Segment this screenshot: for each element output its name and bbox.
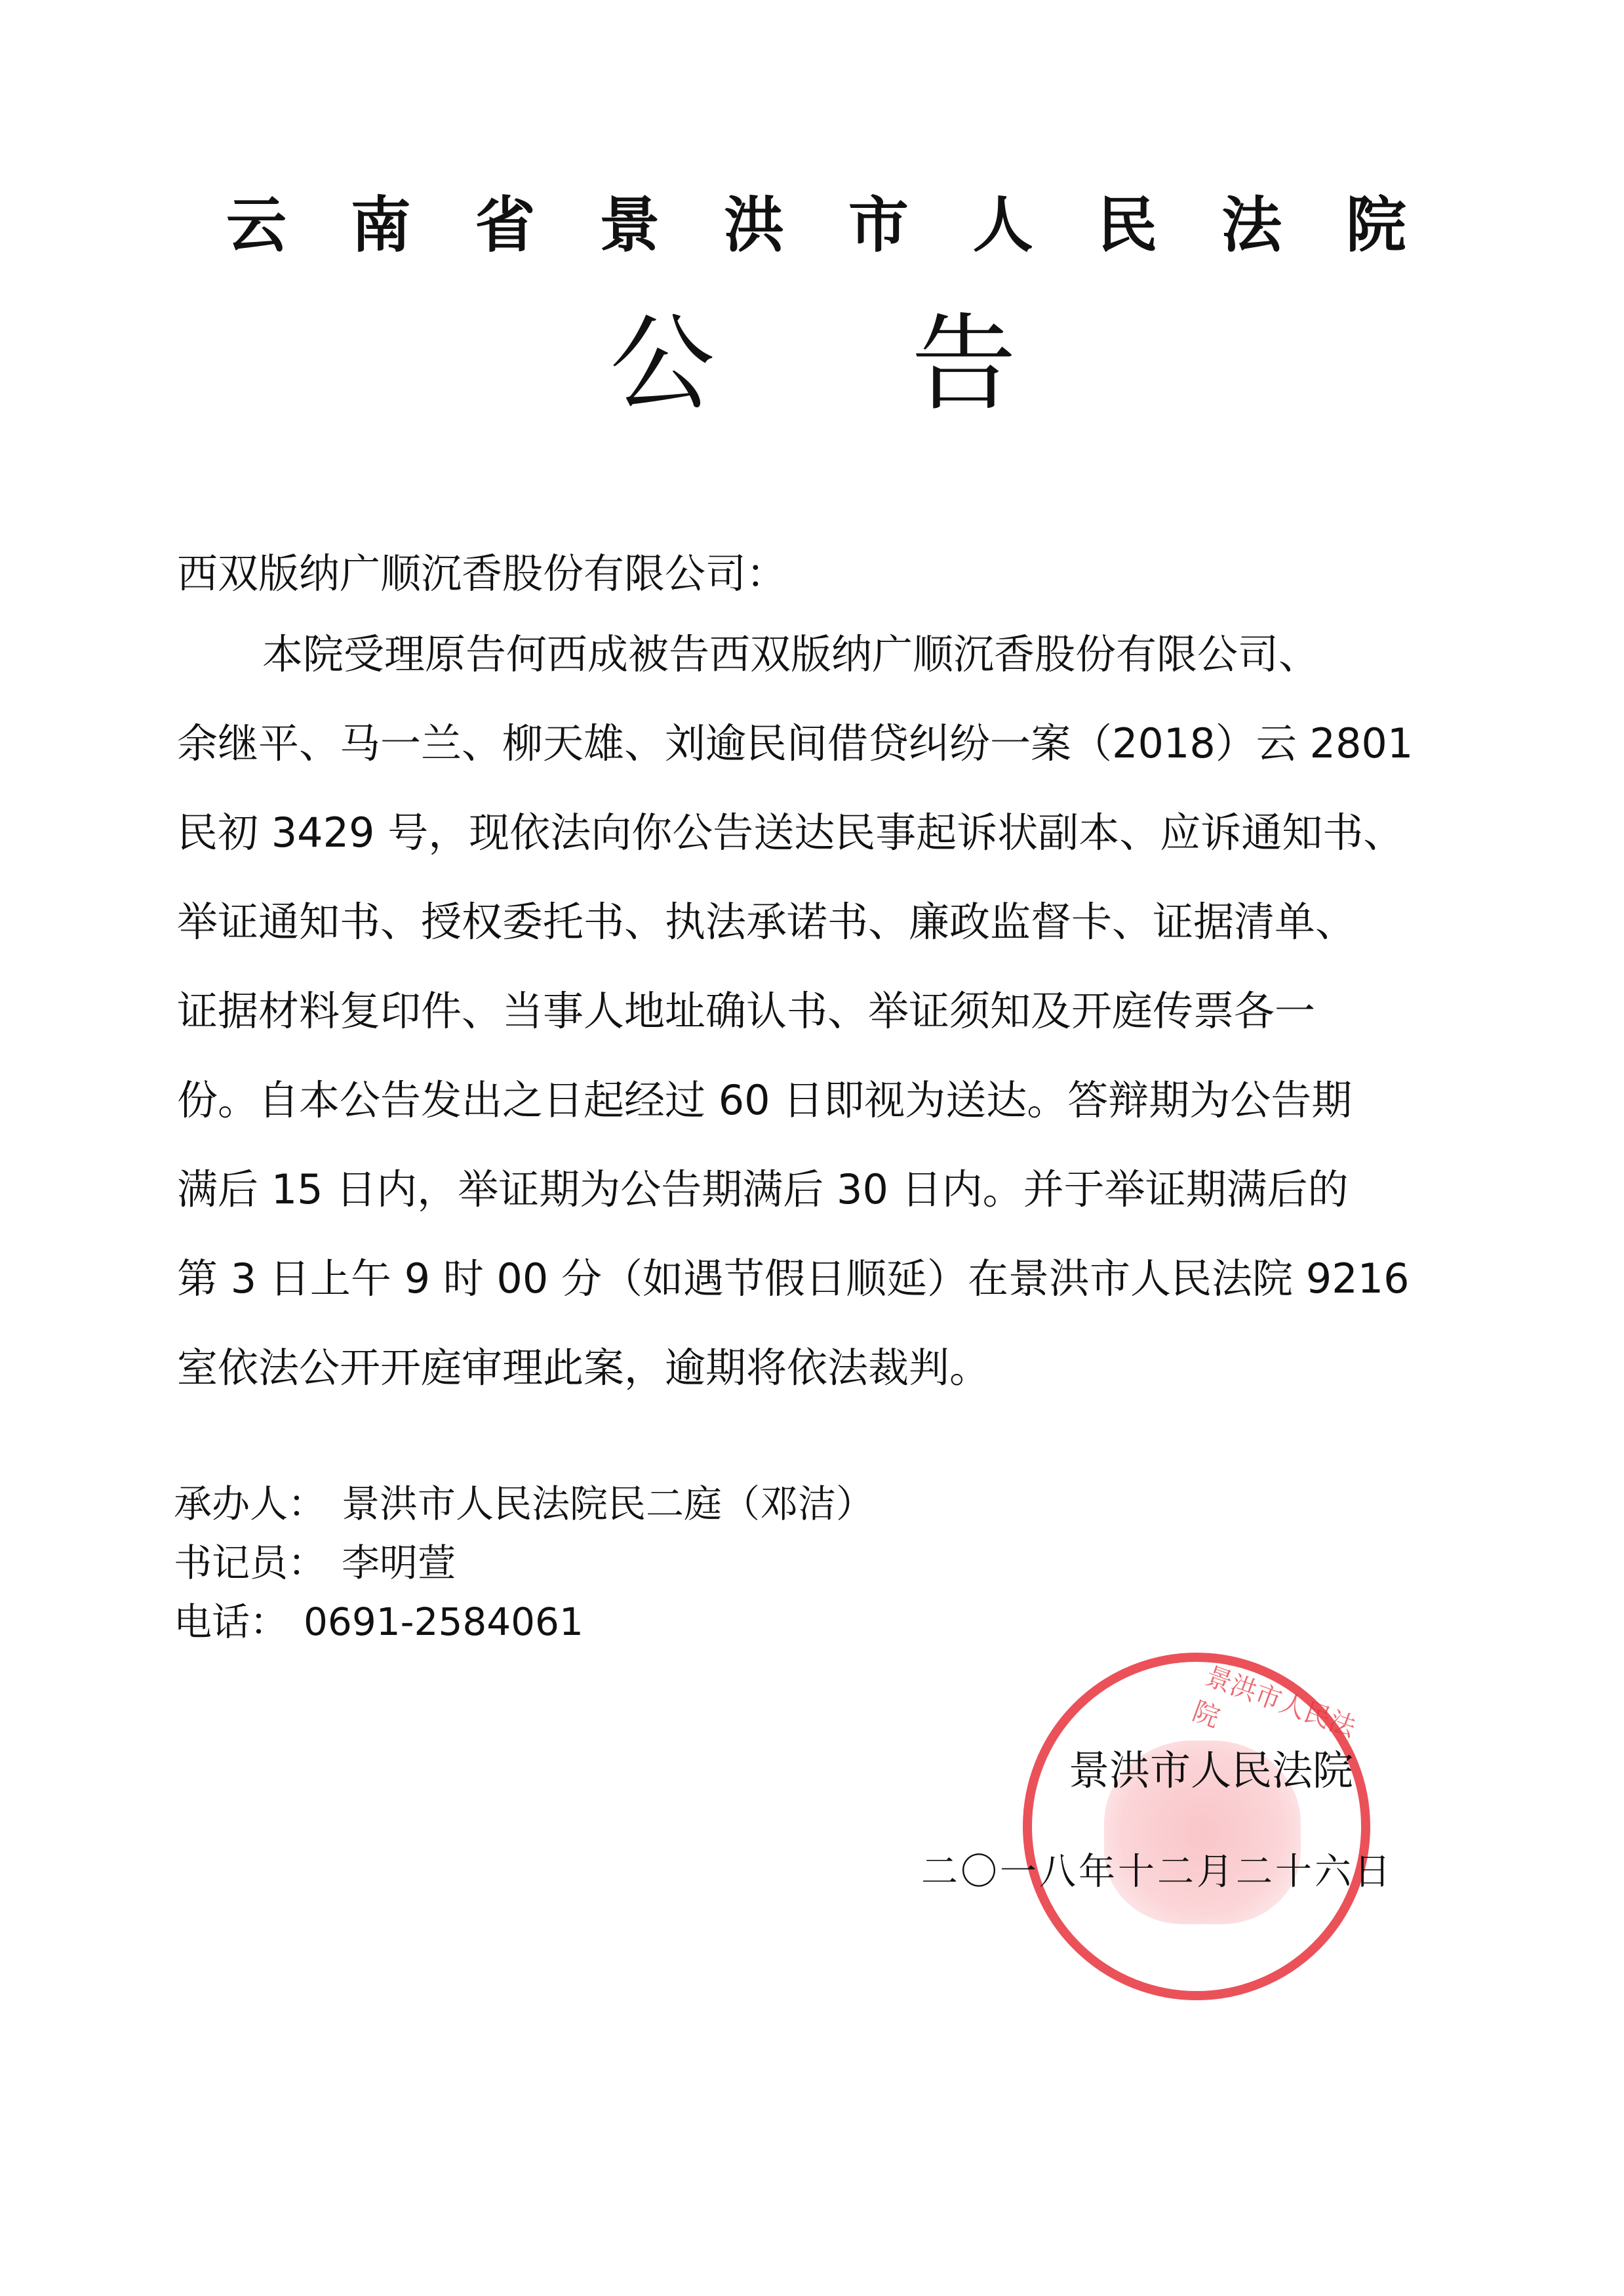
addressee: 西双版纳广顺沉香股份有限公司： (177, 548, 787, 600)
contact-value: 景洪市人民法院民二庭（邓洁） (342, 1481, 874, 1526)
contact-phone: 电话：0691-2584061 (174, 1592, 874, 1651)
body-line: 本院受理原告何西成被告西双版纳广顺沉香股份有限公司、 (177, 628, 1442, 717)
body-line: 第 3 日上午 9 时 00 分（如遇节假日顺延）在景洪市人民法院 9216 (177, 1253, 1442, 1342)
court-name-char: 景 (599, 182, 660, 268)
court-name-char: 院 (1346, 182, 1406, 268)
court-name-char: 民 (1097, 182, 1157, 268)
court-name-heading: 云 南 省 景 洪 市 人 民 法 院 (226, 182, 1406, 268)
court-name-char: 南 (351, 182, 411, 268)
contact-label: 承办人： (174, 1474, 326, 1533)
issuer-signature: 景洪市人民法院 (1069, 1744, 1353, 1797)
contact-handler: 承办人：景洪市人民法院民二庭（邓洁） (174, 1474, 874, 1533)
contact-label: 电话： (174, 1592, 288, 1651)
body-line: 份。自本公告发出之日起经过 60 日即视为送达。答辩期为公告期 (177, 1074, 1442, 1163)
body-line: 证据材料复印件、当事人地址确认书、举证须知及开庭传票各一 (177, 985, 1442, 1074)
body-line: 室依法公开开庭审理此案，逾期将依法裁判。 (177, 1342, 1442, 1431)
court-notice-page: 云 南 省 景 洪 市 人 民 法 院 公 告 西双版纳广顺沉香股份有限公司： … (0, 0, 1624, 2296)
contact-clerk: 书记员：李明萱 (174, 1533, 874, 1592)
court-name-char: 洪 (724, 182, 784, 268)
body-line: 满后 15 日内，举证期为公告期满后 30 日内。并于举证期满后的 (177, 1163, 1442, 1253)
document-title: 公 告 (610, 298, 1016, 430)
body-line: 举证通知书、授权委托书、执法承诺书、廉政监督卡、证据清单、 (177, 896, 1442, 985)
body-line: 民初 3429 号，现依法向你公告送达民事起诉状副本、应诉通知书、 (177, 807, 1442, 896)
court-name-char: 市 (848, 182, 909, 268)
court-name-char: 云 (226, 182, 287, 268)
notice-body: 本院受理原告何西成被告西双版纳广顺沉香股份有限公司、 余继平、马一兰、柳天雄、刘… (177, 628, 1442, 1431)
contact-value: 李明萱 (342, 1541, 456, 1585)
contact-block: 承办人：景洪市人民法院民二庭（邓洁） 书记员：李明萱 电话：0691-25840… (174, 1474, 874, 1651)
body-line: 余继平、马一兰、柳天雄、刘逾民间借贷纠纷一案（2018）云 2801 (177, 717, 1442, 807)
court-name-char: 人 (973, 182, 1033, 268)
contact-label: 书记员： (174, 1533, 326, 1592)
document-title-char: 公 (610, 298, 715, 430)
document-title-char: 告 (911, 298, 1016, 430)
court-seal-stamp-icon: 景洪市人民法院 (1023, 1653, 1370, 2000)
court-name-char: 省 (475, 182, 536, 268)
court-name-char: 法 (1221, 182, 1282, 268)
issue-date: 二〇一八年十二月二十六日 (921, 1846, 1393, 1899)
contact-value: 0691-2584061 (304, 1600, 584, 1644)
